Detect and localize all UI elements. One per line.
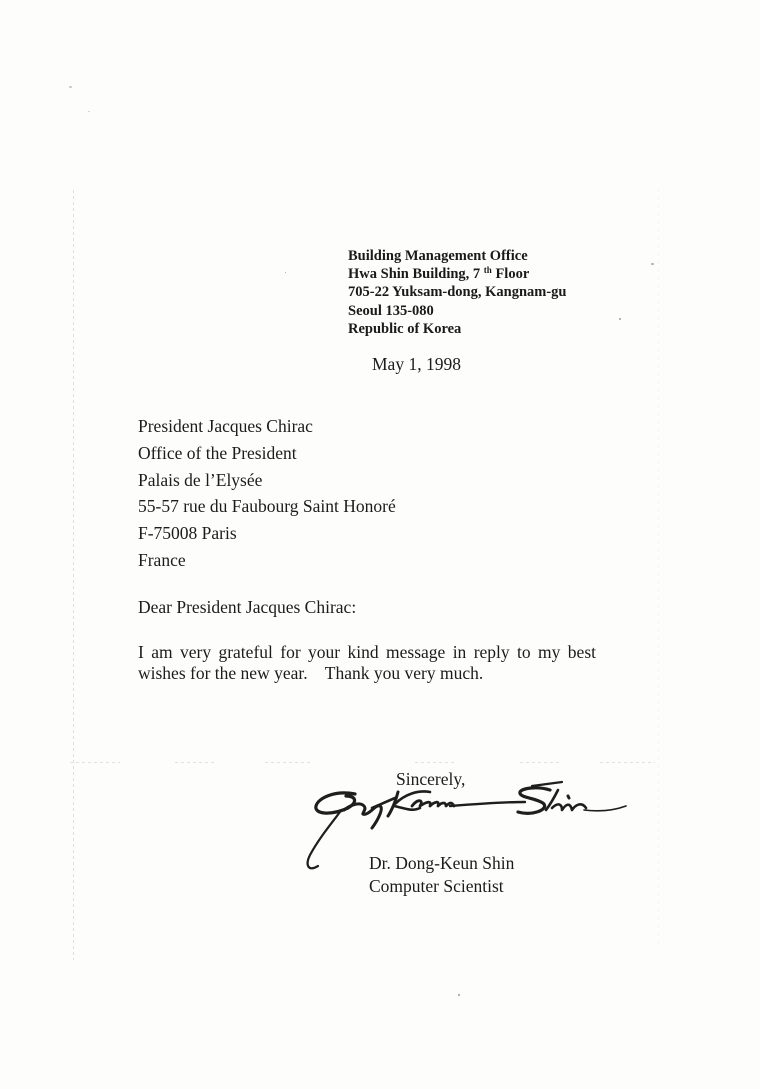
recipient-line-street: 55-57 rue du Faubourg Saint Honoré	[138, 493, 396, 520]
recipient-address-block: President Jacques Chirac Office of the P…	[138, 413, 396, 574]
sender-line-city: Seoul 135-080	[348, 302, 567, 320]
scan-artifact-left-edge	[73, 190, 74, 960]
sender-building-text: Hwa Shin Building, 7	[348, 266, 480, 282]
scan-artifact-dash	[175, 762, 215, 763]
floor-suffix: Floor	[492, 266, 529, 282]
body-line: I am very grateful for your kind message…	[138, 642, 596, 663]
signer-name: Dr. Dong-Keun Shin	[369, 853, 514, 874]
scan-speck	[69, 86, 72, 88]
scan-speck	[88, 111, 90, 112]
sender-line-country: Republic of Korea	[348, 320, 567, 338]
letter-body: I am very grateful for your kind message…	[138, 642, 596, 684]
floor-superscript: th	[484, 265, 492, 275]
salutation: Dear President Jacques Chirac:	[138, 597, 356, 618]
recipient-line-name: President Jacques Chirac	[138, 413, 396, 440]
recipient-line-city: F-75008 Paris	[138, 520, 396, 547]
scan-artifact-dash	[520, 762, 560, 763]
scan-artifact-dash	[415, 762, 455, 763]
sender-line-building: Hwa Shin Building, 7 th Floor	[348, 265, 567, 283]
scan-artifact-right-edge	[658, 190, 659, 950]
recipient-line-country: France	[138, 547, 396, 574]
sender-line-office: Building Management Office	[348, 247, 567, 265]
scan-artifact-dash	[265, 762, 310, 763]
letter-date: May 1, 1998	[372, 354, 461, 375]
scan-speck	[651, 263, 654, 265]
scan-artifact-dash	[600, 762, 655, 763]
sender-address-block: Building Management Office Hwa Shin Buil…	[348, 247, 567, 338]
recipient-line-office: Office of the President	[138, 440, 396, 467]
signer-title: Computer Scientist	[369, 876, 504, 897]
scan-speck	[285, 272, 286, 273]
recipient-line-palace: Palais de l’Elysée	[138, 467, 396, 494]
body-line: wishes for the new year. Thank you very …	[138, 663, 596, 684]
scan-artifact-dash	[70, 762, 120, 763]
sender-line-street: 705-22 Yuksam-dong, Kangnam-gu	[348, 283, 567, 301]
scan-speck	[619, 318, 621, 320]
scan-speck	[458, 994, 460, 996]
